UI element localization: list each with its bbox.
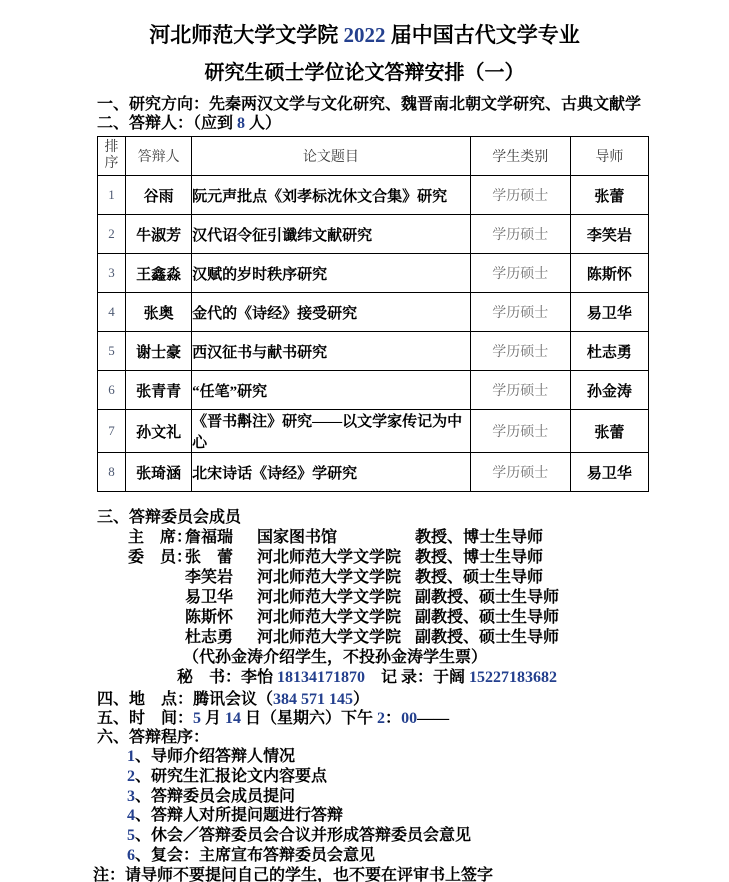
item-separator: 、 <box>135 807 151 824</box>
item-separator: 、 <box>135 847 151 864</box>
header-student-type: 学生类别 <box>470 137 570 176</box>
member-affiliation: 河北师范大学文学院 <box>257 548 415 568</box>
committee-section: 三、答辩委员会成员 主 席： 詹福瑞 国家图书馆 教授、博士生导师 委 员： 张… <box>97 508 650 688</box>
procedure-item: 4、答辩人对所提问题进行答辩 <box>127 806 650 826</box>
item-text: 答辩委员会成员提问 <box>151 788 295 805</box>
item-text: 休会／答辩委员会合议并形成答辩委员会意见 <box>151 827 471 844</box>
row-thesis-title: 汉代诏令征引谶纬文献研究 <box>192 215 471 254</box>
defenders-count-line: 二、答辩人：（应到 8 人） <box>97 115 650 133</box>
member-name: 杜志勇 <box>185 628 257 648</box>
table-row: 7 孙文礼 《晋书斠注》研究——以文学家传记为中心 学历硕士 张蕾 <box>98 410 649 453</box>
recorder-label: 记 录：于阔 <box>365 669 469 686</box>
member-title: 副教授、硕士生导师 <box>415 628 650 648</box>
member-title: 副教授、硕士生导师 <box>415 608 650 628</box>
row-defender: 王鑫淼 <box>126 254 192 293</box>
member-role: 主 席： <box>128 528 185 548</box>
committee-member-row: 杜志勇 河北师范大学文学院 副教授、硕士生导师 <box>128 628 650 648</box>
item-text: 答辩人对所提问题进行答辩 <box>151 807 343 824</box>
item-number: 1 <box>127 748 135 765</box>
item-number: 5 <box>127 827 135 844</box>
procedure-heading: 六、答辩程序： <box>97 728 650 747</box>
research-direction-line: 一、研究方向：先秦两汉文学与文化研究、魏晋南北朝文学研究、古典文献学 <box>97 96 650 114</box>
row-defender: 牛淑芳 <box>126 215 192 254</box>
committee-member-row: 委 员： 张 蕾 河北师范大学文学院 教授、博士生导师 <box>128 548 650 568</box>
time-colon: ： <box>385 710 401 727</box>
member-title: 教授、博士生导师 <box>415 548 650 568</box>
committee-member-row: 陈斯怀 河北师范大学文学院 副教授、硕士生导师 <box>128 608 650 628</box>
row-order: 7 <box>98 410 126 453</box>
row-student-type: 学历硕士 <box>470 293 570 332</box>
row-thesis-title: 西汉征书与献书研究 <box>192 332 471 371</box>
row-order: 2 <box>98 215 126 254</box>
item-text: 复会：主席宣布答辩委员会意见 <box>151 847 375 864</box>
committee-member-row: 李笑岩 河北师范大学文学院 教授、硕士生导师 <box>128 568 650 588</box>
document-title-line2: 研究生硕士学位论文答辩安排（一） <box>88 60 641 86</box>
row-thesis-title: 阮元声批点《刘孝标沈休文合集》研究 <box>192 176 471 215</box>
time-hour: 2 <box>377 710 385 727</box>
defenders-prefix: 二、答辩人：（应到 <box>97 115 237 132</box>
time-dash: —— <box>417 710 449 727</box>
member-affiliation: 河北师范大学文学院 <box>257 588 415 608</box>
member-affiliation: 河北师范大学文学院 <box>257 568 415 588</box>
row-advisor: 陈斯怀 <box>570 254 648 293</box>
procedure-item: 3、答辩委员会成员提问 <box>127 787 650 807</box>
table-row: 4 张奥 金代的《诗经》接受研究 学历硕士 易卫华 <box>98 293 649 332</box>
row-student-type: 学历硕士 <box>470 254 570 293</box>
time-line: 五、时 间：5 月 14 日（星期六）下午 2：00—— <box>97 709 650 728</box>
row-thesis-title: 汉赋的岁时秩序研究 <box>192 254 471 293</box>
member-role: 委 员： <box>128 548 185 568</box>
item-number: 2 <box>127 768 135 785</box>
row-advisor: 张蕾 <box>570 410 648 453</box>
item-text: 研究生汇报论文内容要点 <box>151 768 327 785</box>
row-defender: 谷雨 <box>126 176 192 215</box>
row-thesis-title: 《晋书斠注》研究——以文学家传记为中心 <box>192 410 471 453</box>
item-separator: 、 <box>135 748 151 765</box>
document-title-line1: 河北师范大学文学院 2022 届中国古代文学专业 <box>88 22 641 48</box>
title-part2: 届中国古代文学专业 <box>386 23 580 47</box>
row-student-type: 学历硕士 <box>470 215 570 254</box>
row-advisor: 张蕾 <box>570 176 648 215</box>
row-thesis-title: “任笔”研究 <box>192 371 471 410</box>
row-advisor: 易卫华 <box>570 453 648 492</box>
defenders-suffix: 人） <box>245 115 281 132</box>
row-advisor: 李笑岩 <box>570 215 648 254</box>
committee-member-row: 主 席： 詹福瑞 国家图书馆 教授、博士生导师 <box>128 528 650 548</box>
row-thesis-title: 北宋诗话《诗经》学研究 <box>192 453 471 492</box>
row-student-type: 学历硕士 <box>470 332 570 371</box>
procedure-item: 5、休会／答辩委员会合议并形成答辩委员会意见 <box>127 826 650 846</box>
time-minute: 00 <box>401 710 417 727</box>
row-advisor: 易卫华 <box>570 293 648 332</box>
recorder-phone: 15227183682 <box>469 669 557 686</box>
table-row: 5 谢士豪 西汉征书与献书研究 学历硕士 杜志勇 <box>98 332 649 371</box>
procedure-item: 1、导师介绍答辩人情况 <box>127 747 650 767</box>
row-order: 3 <box>98 254 126 293</box>
row-student-type: 学历硕士 <box>470 371 570 410</box>
item-number: 4 <box>127 807 135 824</box>
table-row: 6 张青青 “任笔”研究 学历硕士 孙金涛 <box>98 371 649 410</box>
header-thesis: 论文题目 <box>192 137 471 176</box>
row-student-type: 学历硕士 <box>470 453 570 492</box>
row-advisor: 杜志勇 <box>570 332 648 371</box>
table-row: 3 王鑫淼 汉赋的岁时秩序研究 学历硕士 陈斯怀 <box>98 254 649 293</box>
location-prefix: 四、地 点：腾讯会议（ <box>97 691 273 708</box>
item-separator: 、 <box>135 827 151 844</box>
member-role <box>128 588 185 608</box>
time-month-num: 5 <box>193 710 201 727</box>
table-row: 2 牛淑芳 汉代诏令征引谶纬文献研究 学历硕士 李笑岩 <box>98 215 649 254</box>
row-order: 8 <box>98 453 126 492</box>
member-title: 教授、硕士生导师 <box>415 568 650 588</box>
row-defender: 谢士豪 <box>126 332 192 371</box>
header-defender: 答辩人 <box>126 137 192 176</box>
member-title: 副教授、硕士生导师 <box>415 588 650 608</box>
secretary-line: 秘 书：李怡 18134171870 记 录：于阔 15227183682 <box>177 668 650 688</box>
member-name: 陈斯怀 <box>185 608 257 628</box>
time-day-num: 14 <box>225 710 241 727</box>
location-suffix: ） <box>353 691 369 708</box>
member-name: 李笑岩 <box>185 568 257 588</box>
time-label: 五、时 间： <box>97 710 193 727</box>
table-header-row: 排序 答辩人 论文题目 学生类别 导师 <box>98 137 649 176</box>
table-row: 8 张琦涵 北宋诗话《诗经》学研究 学历硕士 易卫华 <box>98 453 649 492</box>
meeting-id: 384 571 145 <box>273 691 353 708</box>
document-page: 河北师范大学文学院 2022 届中国古代文学专业 研究生硕士学位论文答辩安排（一… <box>0 0 729 882</box>
secretary-label: 秘 书：李怡 <box>177 669 277 686</box>
table-row: 1 谷雨 阮元声批点《刘孝标沈休文合集》研究 学历硕士 张蕾 <box>98 176 649 215</box>
location-line: 四、地 点：腾讯会议（384 571 145） <box>97 690 650 709</box>
title-year: 2022 <box>344 23 386 47</box>
member-affiliation: 河北师范大学文学院 <box>257 628 415 648</box>
committee-member-row: 易卫华 河北师范大学文学院 副教授、硕士生导师 <box>128 588 650 608</box>
procedure-item: 2、研究生汇报论文内容要点 <box>127 767 650 787</box>
row-advisor: 孙金涛 <box>570 371 648 410</box>
row-order: 6 <box>98 371 126 410</box>
row-defender: 孙文礼 <box>126 410 192 453</box>
item-number: 3 <box>127 788 135 805</box>
row-defender: 张奥 <box>126 293 192 332</box>
member-role <box>128 628 185 648</box>
committee-note: （代孙金涛介绍学生，不投孙金涛学生票） <box>183 648 650 668</box>
secretary-phone: 18134171870 <box>277 669 365 686</box>
title-part1: 河北师范大学文学院 <box>149 23 343 47</box>
member-name: 张 蕾 <box>185 548 257 568</box>
row-order: 5 <box>98 332 126 371</box>
member-name: 詹福瑞 <box>185 528 257 548</box>
item-text: 导师介绍答辩人情况 <box>151 748 295 765</box>
item-separator: 、 <box>135 768 151 785</box>
footnote: 注：请导师不要提问自己的学生，也不要在评审书上签字 <box>93 866 650 882</box>
row-student-type: 学历硕士 <box>470 176 570 215</box>
member-role <box>128 608 185 628</box>
row-order: 4 <box>98 293 126 332</box>
item-number: 6 <box>127 847 135 864</box>
time-month-unit: 月 <box>201 710 225 727</box>
row-defender: 张琦涵 <box>126 453 192 492</box>
defense-schedule-table: 排序 答辩人 论文题目 学生类别 导师 1 谷雨 阮元声批点《刘孝标沈休文合集》… <box>97 136 649 492</box>
member-affiliation: 国家图书馆 <box>257 528 415 548</box>
defenders-count: 8 <box>237 115 245 132</box>
member-role <box>128 568 185 588</box>
row-defender: 张青青 <box>126 371 192 410</box>
committee-heading: 三、答辩委员会成员 <box>97 508 650 528</box>
row-order: 1 <box>98 176 126 215</box>
member-name: 易卫华 <box>185 588 257 608</box>
row-thesis-title: 金代的《诗经》接受研究 <box>192 293 471 332</box>
row-student-type: 学历硕士 <box>470 410 570 453</box>
time-day-rest: 日（星期六）下午 <box>241 710 377 727</box>
member-title: 教授、博士生导师 <box>415 528 650 548</box>
item-separator: 、 <box>135 788 151 805</box>
header-order: 排序 <box>98 137 126 176</box>
procedure-item: 6、复会：主席宣布答辩委员会意见 <box>127 846 650 866</box>
member-affiliation: 河北师范大学文学院 <box>257 608 415 628</box>
header-advisor: 导师 <box>570 137 648 176</box>
